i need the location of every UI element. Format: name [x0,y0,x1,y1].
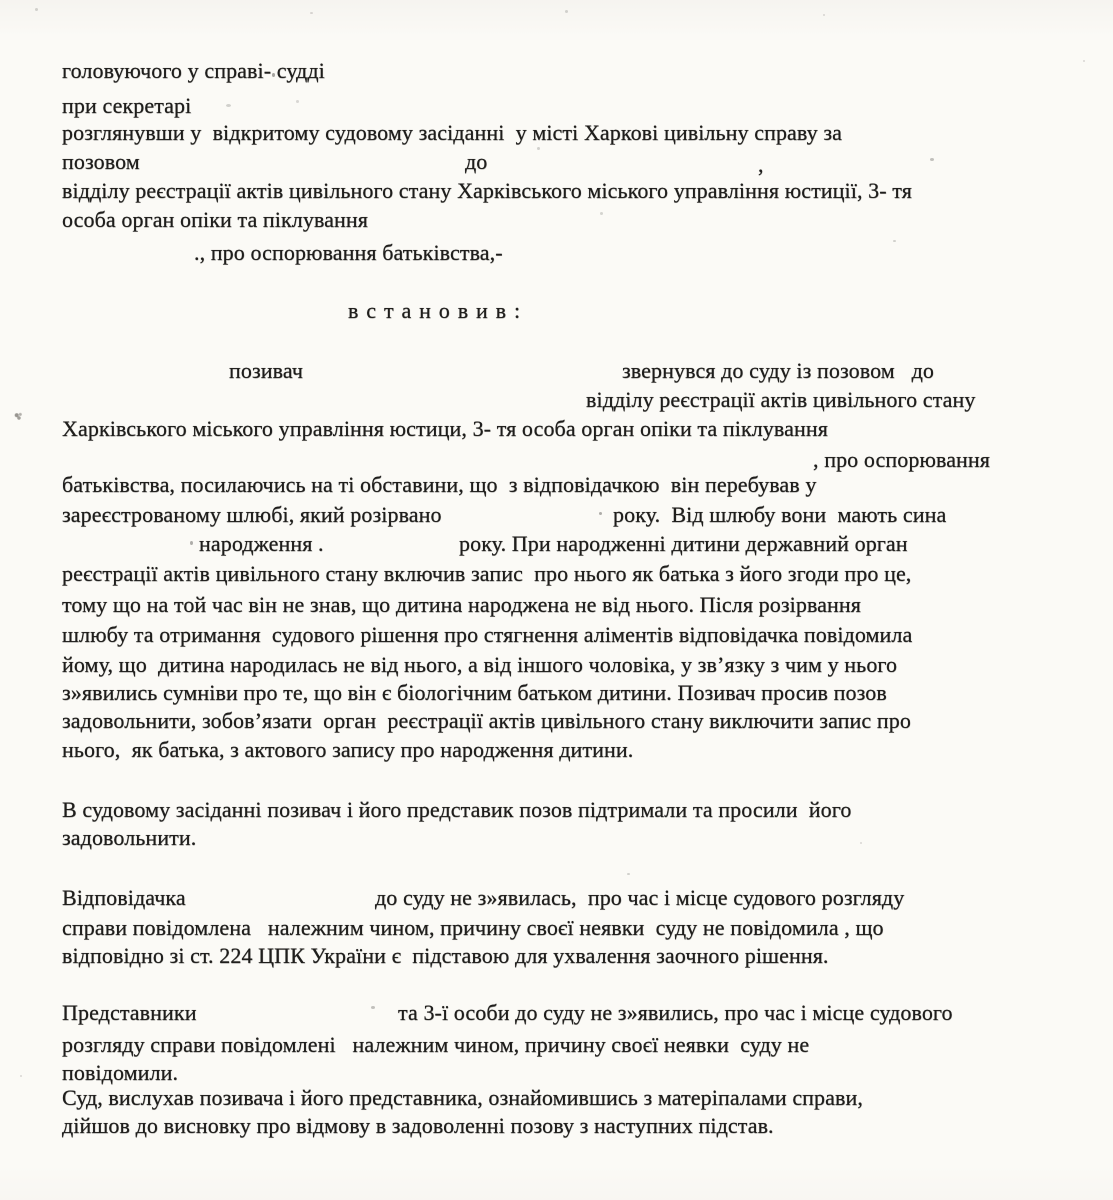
text-line: до суду не з»явилась, про час і місце су… [375,885,904,911]
scan-speck [893,240,896,242]
text-line: та 3-ї особи до суду не з»явились, про ч… [398,1000,953,1026]
text-line: В судовому засіданні позивач і його пред… [62,797,851,823]
text-line: з»явились сумніви про те, що він є біоло… [62,680,887,706]
scan-speck [310,12,313,14]
section-heading-vstanoviv: в с т а н о в и в : [348,298,521,324]
text-line: року. Від шлюбу вони мають сина [613,502,946,528]
scan-speck [565,10,568,13]
scan-speck [35,8,38,11]
text-line: зареєстрованому шлюбі, який розірвано [62,502,442,528]
scan-speck [860,842,862,844]
scan-speck [296,100,299,103]
text-line-respondent: Відповідачка [62,885,186,911]
text-line: відділу реєстрації актів цивільного стан… [586,387,975,413]
text-line: відповідно зі ст. 224 ЦПК України є підс… [62,943,829,969]
text-line-birth: народження . [199,531,324,557]
scan-speck [1083,60,1085,62]
text-line: справи повідомлена належним чином, причи… [62,915,884,941]
text-line: реєстрації актів цивільного стану включи… [62,561,911,587]
text-line-comma: , [758,152,764,178]
scan-speck [371,1006,375,1009]
text-line: задовольнити. [62,825,196,851]
text-line: задовольнити, зобов’язати орган реєстрац… [62,708,911,734]
text-line: розглянувши у відкритому судовому засіда… [62,120,842,146]
text-line-plaintiff: позивач [229,358,303,384]
text-line: батьківства, посилаючись на ті обставини… [62,472,816,498]
scan-speck [600,212,603,215]
text-line: ., про оспорювання батьківства,- [194,240,503,266]
scan-speck [823,14,825,16]
text-line-secretary: при секретарі [62,93,191,119]
text-line: особа орган опіки та піклування [62,207,368,233]
text-line: звернувся до суду із позовом до [622,358,934,384]
scan-speck [627,873,630,875]
text-line: Суд, вислухав позивача і його представни… [62,1085,863,1111]
text-line-presiding-judge: головуючого у справі- судді [62,58,325,84]
scanned-court-document-page: головуючого у справі- судді при секретар… [0,0,1113,1200]
text-line-plaintiff-label: позовом [62,149,140,175]
scan-speck [537,147,540,150]
text-line: нього, як батька, з актового запису про … [62,737,633,763]
scan-speck [226,104,231,107]
scan-smudge-left-margin [14,412,23,420]
text-line: шлюбу та отримання судового рішення про … [62,622,912,648]
text-line: , про оспорювання [813,447,990,473]
scan-speck [930,158,934,161]
text-line: року. При народженні дитини державний ор… [459,531,908,557]
text-line: тому що на той час він не знав, що дитин… [62,592,861,618]
text-line: розгляду справи повідомлені належним чин… [62,1032,809,1058]
text-line: повідомили. [62,1060,178,1086]
text-line: дійшов до висновку про відмову в задовол… [62,1113,774,1139]
text-line: Харківського міського управління юстици,… [62,416,828,442]
text-line-representatives: Представники [62,1000,197,1026]
scan-speck [190,541,193,545]
text-line: відділу реєстрації актів цивільного стан… [62,178,912,204]
scan-speck [599,512,602,515]
text-line: йому, що дитина народилась не від нього,… [62,652,897,678]
text-line-do: до [465,149,487,175]
scan-speck [20,1075,22,1077]
